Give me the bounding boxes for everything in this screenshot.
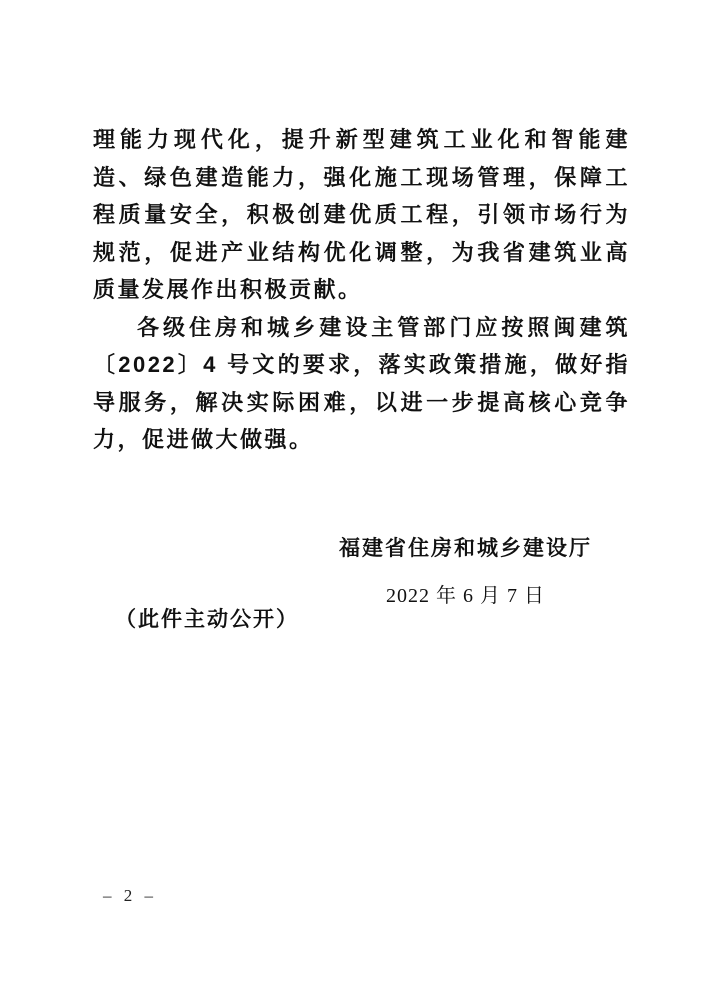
body-paragraph-directive: 各级住房和城乡建设主管部门应按照闽建筑〔2022〕4 号文的要求，落实政策措施，…	[93, 309, 630, 459]
signature-date: 2022 年 6 月 7 日	[339, 579, 592, 608]
page-number: – 2 –	[103, 886, 157, 906]
signature-block: 福建省住房和城乡建设厅 2022 年 6 月 7 日	[339, 532, 592, 608]
document-body: 理能力现代化，提升新型建筑工业化和智能建造、绿色建造能力，强化施工现场管理，保障…	[93, 121, 630, 459]
body-paragraph-continuation: 理能力现代化，提升新型建筑工业化和智能建造、绿色建造能力，强化施工现场管理，保障…	[93, 121, 630, 309]
signature-organization: 福建省住房和城乡建设厅	[339, 532, 592, 562]
document-page: 理能力现代化，提升新型建筑工业化和智能建造、绿色建造能力，强化施工现场管理，保障…	[0, 0, 707, 1000]
disclosure-note: （此件主动公开）	[115, 603, 299, 633]
